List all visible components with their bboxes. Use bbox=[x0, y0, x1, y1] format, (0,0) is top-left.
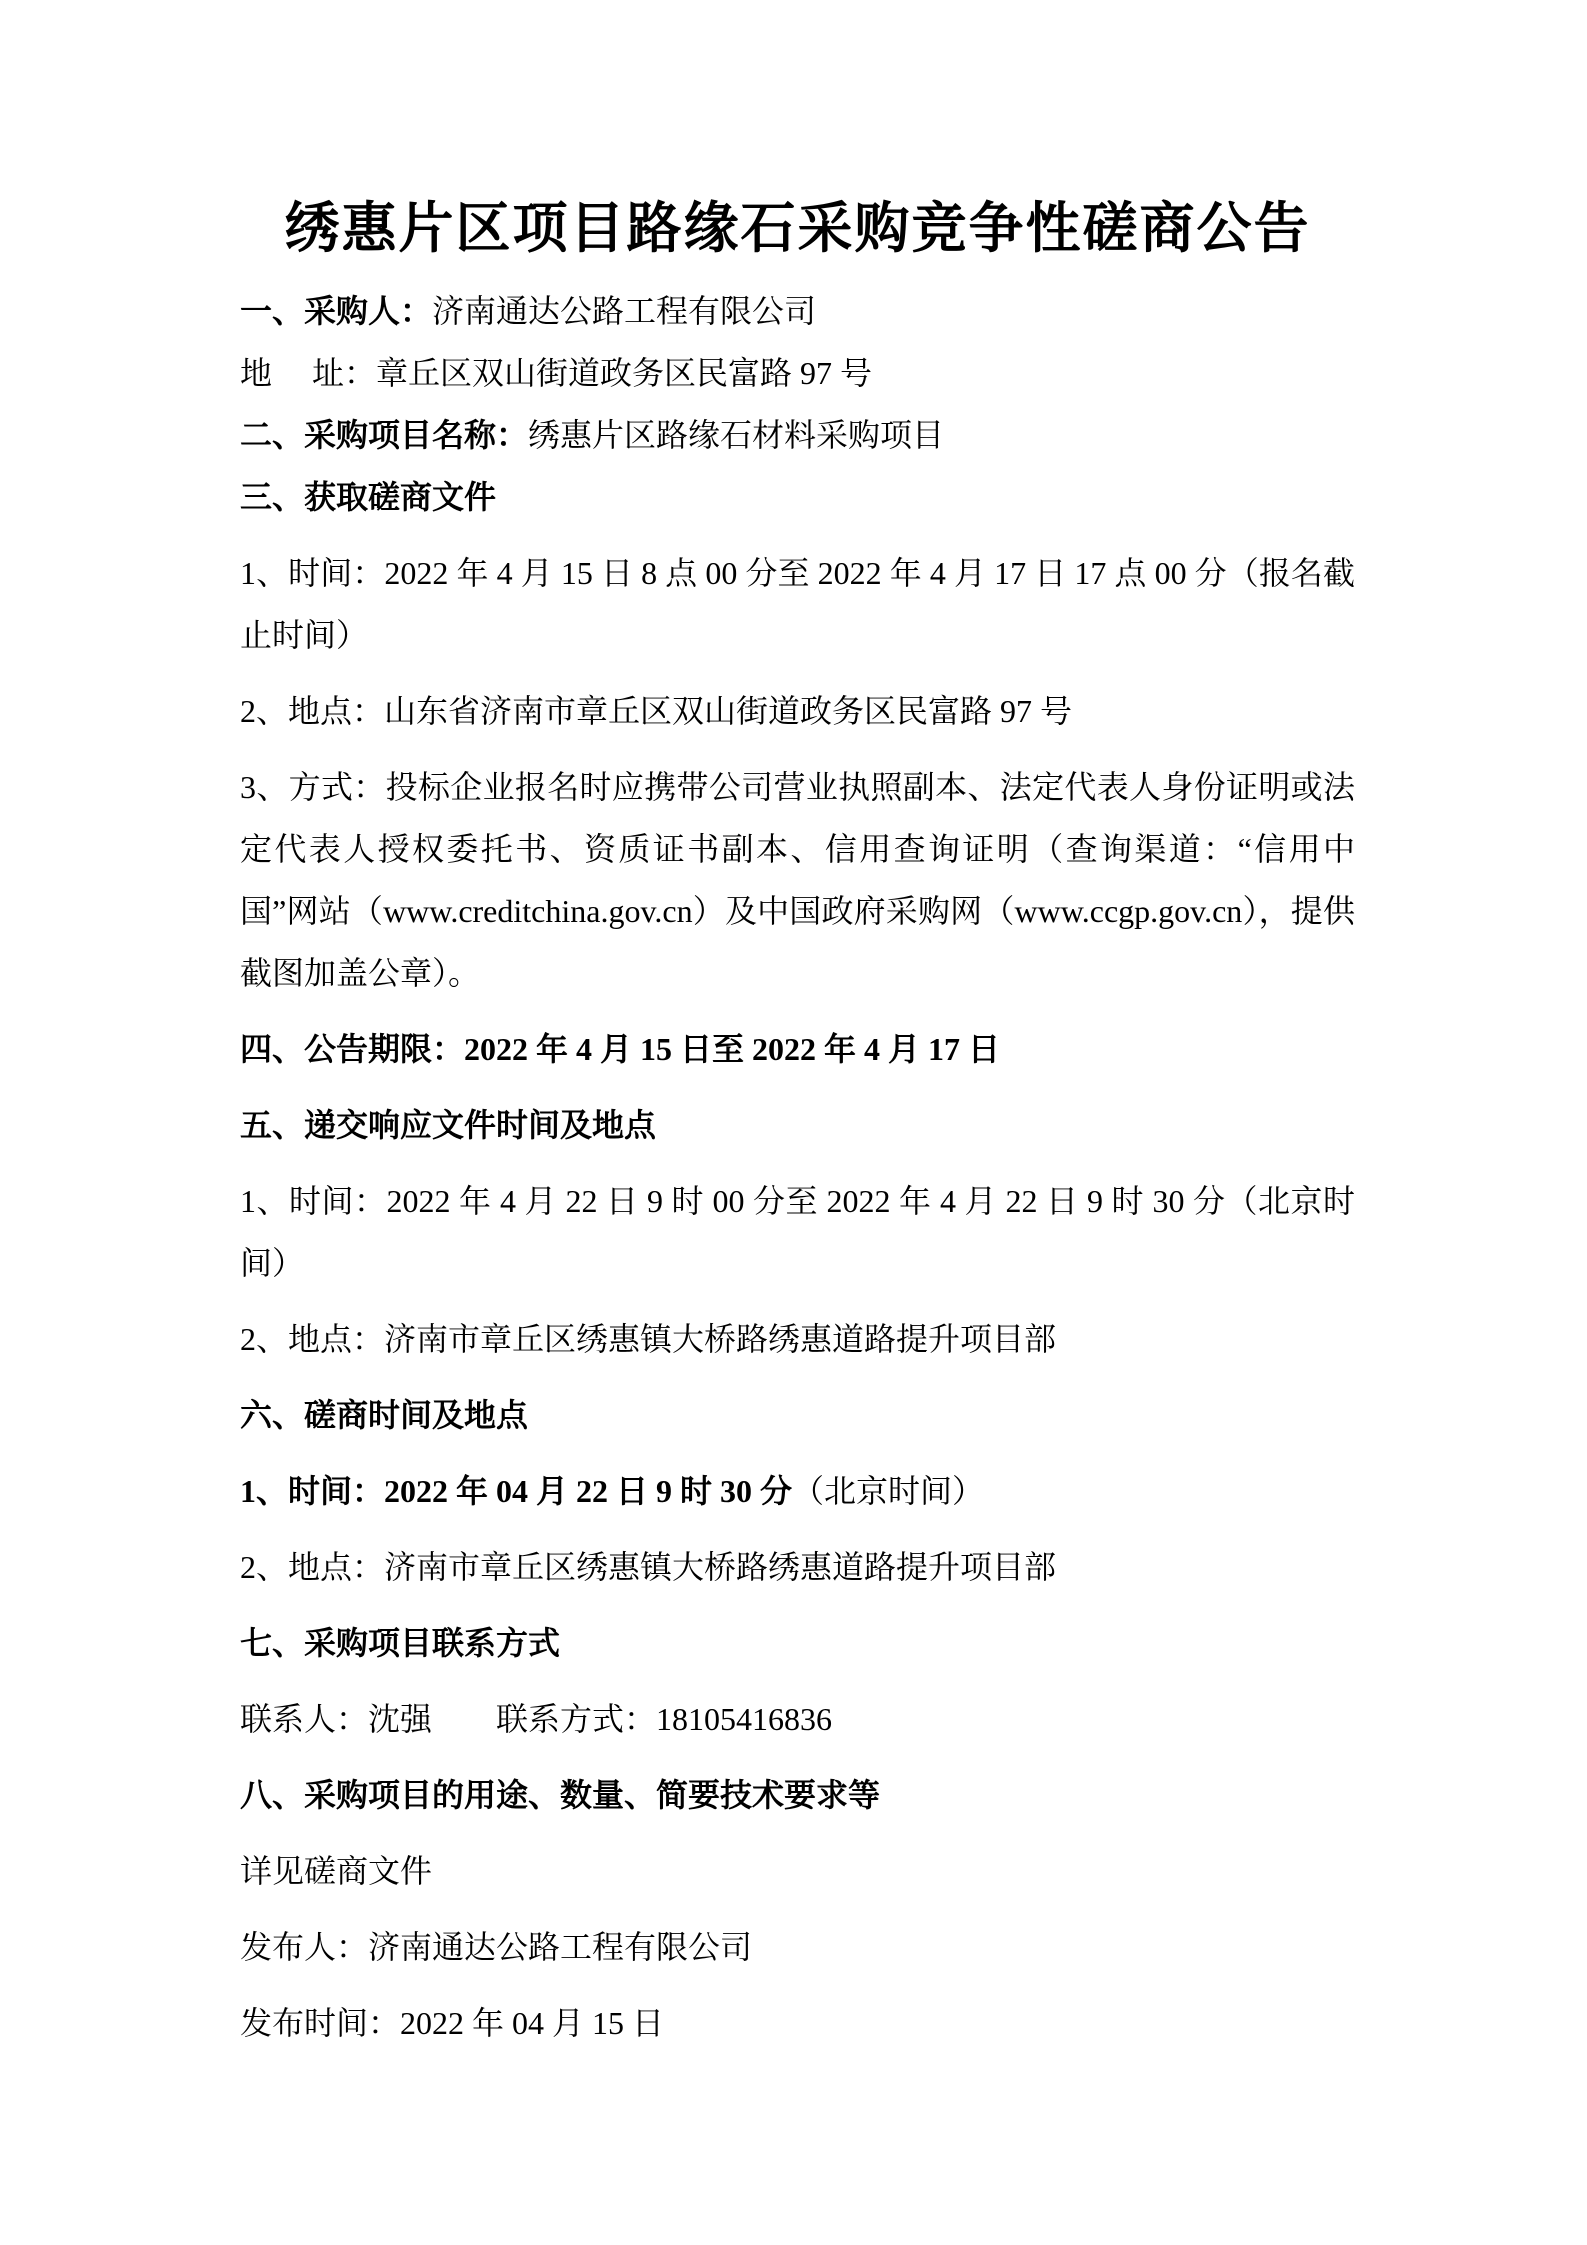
project-requirements-text: 八、采购项目的用途、数量、简要技术要求等 bbox=[240, 1777, 880, 1813]
para-purchaser: 一、采购人：济南通达公路工程有限公司 bbox=[240, 280, 1355, 342]
heading-negotiation-time-location: 六、磋商时间及地点 bbox=[240, 1384, 1355, 1446]
para-negotiation-time: 1、时间：2022 年 04 月 22 日 9 时 30 分（北京时间） bbox=[240, 1460, 1355, 1522]
para-publish-date: 发布时间：2022 年 04 月 15 日 bbox=[240, 1992, 1355, 2054]
para-submission-location: 2、地点：济南市章丘区绣惠镇大桥路绣惠道路提升项目部 bbox=[240, 1308, 1355, 1370]
purchaser-value: 济南通达公路工程有限公司 bbox=[432, 293, 816, 329]
document-title: 绣惠片区项目路缘石采购竞争性磋商公告 bbox=[240, 193, 1355, 265]
para-contact: 联系人：沈强 联系方式：18105416836 bbox=[240, 1688, 1355, 1750]
para-publisher: 发布人：济南通达公路工程有限公司 bbox=[240, 1916, 1355, 1978]
publish-date-text: 发布时间：2022 年 04 月 15 日 bbox=[240, 2005, 664, 2041]
para-submission-time: 1、时间：2022 年 4 月 22 日 9 时 00 分至 2022 年 4 … bbox=[240, 1170, 1355, 1294]
para-project-name: 二、采购项目名称：绣惠片区路缘石材料采购项目 bbox=[240, 404, 1355, 466]
para-obtain-time: 1、时间：2022 年 4 月 15 日 8 点 00 分至 2022 年 4 … bbox=[240, 542, 1355, 666]
negotiation-location-text: 2、地点：济南市章丘区绣惠镇大桥路绣惠道路提升项目部 bbox=[240, 1549, 1056, 1585]
para-negotiation-location: 2、地点：济南市章丘区绣惠镇大桥路绣惠道路提升项目部 bbox=[240, 1536, 1355, 1598]
announcement-period-text: 四、公告期限：2022 年 4 月 15 日至 2022 年 4 月 17 日 bbox=[240, 1031, 1000, 1067]
para-obtain-method: 3、方式：投标企业报名时应携带公司营业执照副本、法定代表人身份证明或法定代表人授… bbox=[240, 756, 1355, 1004]
contact-info-heading-text: 七、采购项目联系方式 bbox=[240, 1625, 560, 1661]
submission-location-text: 2、地点：济南市章丘区绣惠镇大桥路绣惠道路提升项目部 bbox=[240, 1321, 1056, 1357]
negotiation-time-note: （北京时间） bbox=[792, 1473, 984, 1509]
obtain-time-text: 1、时间：2022 年 4 月 15 日 8 点 00 分至 2022 年 4 … bbox=[240, 555, 1355, 653]
submission-time-text: 1、时间：2022 年 4 月 22 日 9 时 00 分至 2022 年 4 … bbox=[240, 1183, 1355, 1281]
heading-announcement-period: 四、公告期限：2022 年 4 月 15 日至 2022 年 4 月 17 日 bbox=[240, 1018, 1355, 1080]
negotiation-time-bold: 1、时间：2022 年 04 月 22 日 9 时 30 分 bbox=[240, 1473, 792, 1509]
heading-response-submission: 五、递交响应文件时间及地点 bbox=[240, 1094, 1355, 1156]
address-text: 地 址：章丘区双山街道政务区民富路 97 号 bbox=[240, 355, 872, 391]
negotiation-heading-text: 六、磋商时间及地点 bbox=[240, 1397, 528, 1433]
para-obtain-location: 2、地点：山东省济南市章丘区双山街道政务区民富路 97 号 bbox=[240, 680, 1355, 742]
see-documents-text: 详见磋商文件 bbox=[240, 1853, 432, 1889]
document-page: 绣惠片区项目路缘石采购竞争性磋商公告 一、采购人：济南通达公路工程有限公司 地 … bbox=[0, 0, 1587, 2245]
project-name-label: 二、采购项目名称： bbox=[240, 417, 528, 453]
heading-obtain-documents: 三、获取磋商文件 bbox=[240, 466, 1355, 528]
contact-text: 联系人：沈强 联系方式：18105416836 bbox=[240, 1701, 832, 1737]
publisher-text: 发布人：济南通达公路工程有限公司 bbox=[240, 1929, 752, 1965]
heading-obtain-documents-text: 三、获取磋商文件 bbox=[240, 479, 496, 515]
heading-project-requirements: 八、采购项目的用途、数量、简要技术要求等 bbox=[240, 1764, 1355, 1826]
response-submission-text: 五、递交响应文件时间及地点 bbox=[240, 1107, 656, 1143]
heading-contact-info: 七、采购项目联系方式 bbox=[240, 1612, 1355, 1674]
para-see-documents: 详见磋商文件 bbox=[240, 1840, 1355, 1902]
obtain-method-text: 3、方式：投标企业报名时应携带公司营业执照副本、法定代表人身份证明或法定代表人授… bbox=[240, 769, 1355, 991]
obtain-location-text: 2、地点：山东省济南市章丘区双山街道政务区民富路 97 号 bbox=[240, 693, 1072, 729]
para-address: 地 址：章丘区双山街道政务区民富路 97 号 bbox=[240, 342, 1355, 404]
project-name-value: 绣惠片区路缘石材料采购项目 bbox=[528, 417, 944, 453]
purchaser-label: 一、采购人： bbox=[240, 293, 432, 329]
